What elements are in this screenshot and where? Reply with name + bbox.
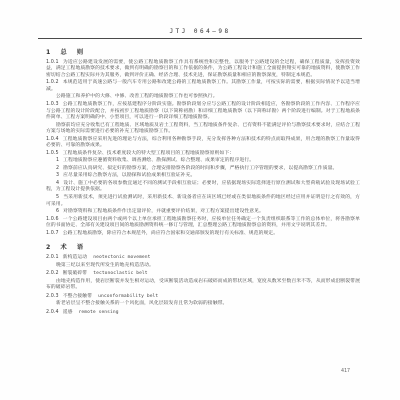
term-2-0-1-number: 2.0.1 bbox=[46, 255, 59, 260]
para-1-0-5-item-1: 1工程地质勘察应遵循资料收集、调查测绘、勘探测试、综合整理、成果审定的程序进行。 bbox=[46, 158, 360, 164]
item-2-number: 2 bbox=[56, 166, 59, 171]
para-1-0-7: 1.0.7公路工程地质勘察，除应符合本规范外，尚应符合国家和交通部颁发的现行有关… bbox=[46, 231, 360, 237]
para-1-0-5-item-3: 3应尽量采用综合勘察方法，以勘探和试验成果相互验证补充。 bbox=[46, 173, 360, 179]
para-1-0-2: 1.0.2本规范适用于高速公路与一般汽车专用公路和改建公路的工程地质勘察工作。其… bbox=[46, 80, 360, 93]
para-1-0-6-text: 一个公路建设项目由两个或两个以上单位承担工程地质勘察任务时，应按单位任务确定一个… bbox=[46, 217, 360, 228]
para-1-0-4-text: 工程地质勘察应采用先进的理论与方法，综合利用各种勘察手段，充分发挥各种方法和技术… bbox=[46, 137, 360, 148]
item-5-number: 5 bbox=[56, 195, 59, 200]
item-2-text: 勘察前应认真研究、拟定好的勘察方案，合理安排勘察各阶段的时间和步骤，严格执行工序… bbox=[63, 166, 337, 171]
document-page: JTJ 064—98 1 总 则 1.0.1为适应公路建设发展的需要，使公路工程… bbox=[0, 0, 400, 400]
doc-code-header: JTJ 064—98 bbox=[0, 0, 400, 35]
item-1-number: 1 bbox=[56, 158, 59, 163]
term-2-0-3-number: 2.0.3 bbox=[46, 294, 59, 299]
para-1-0-5: 1.0.5工程地质条件复杂、技术难度较大的特大型工程项目的工程地质勘察原则如下： bbox=[46, 151, 360, 157]
term-2-0-1-en: neotectonic movement bbox=[93, 255, 150, 260]
item-1-text: 工程地质勘察应遵循资料收集、调查测绘、勘探测试、综合整理、成果审定的程序进行。 bbox=[63, 158, 254, 163]
page-number: 417 bbox=[341, 368, 350, 374]
term-2-0-3-en: unconformability belt bbox=[98, 294, 158, 299]
para-1-0-2-number: 1.0.2 bbox=[46, 80, 59, 85]
para-1-0-4-number: 1.0.4 bbox=[46, 137, 59, 142]
para-1-0-5-item-2: 2勘察前应认真研究、拟定好的勘察方案，合理安排勘察各阶段的时间和步骤，严格执行工… bbox=[46, 166, 360, 172]
para-1-0-1-text: 为适应公路建设发展的需要，使公路工程地质勘察工作具有系统性和完整性，以服务于公路… bbox=[46, 60, 360, 78]
para-1-0-2-text: 本规范适用于高速公路与一般汽车专用公路和改建公路的工程地质勘察工作。其勘察工作量… bbox=[46, 80, 360, 91]
para-1-0-5-item-4: 4设计、施工中必要的各项参数宜通过不同的测试手段相互验证；必要时，应依据现场实际… bbox=[46, 181, 360, 194]
para-1-0-6: 1.0.6一个公路建设项目由两个或两个以上单位承担工程地质勘察任务时，应按单位任… bbox=[46, 217, 360, 230]
term-2-0-4-zh: 遥感 bbox=[63, 310, 73, 315]
term-2-0-2-number: 2.0.2 bbox=[46, 271, 59, 276]
item-6-text: 对勘察资料和工程地质条件作出定量评价，并就重要评价结果，对工程方案提出建设性意见… bbox=[63, 209, 264, 214]
header-rule bbox=[38, 38, 362, 39]
term-2-0-4-number: 2.0.4 bbox=[46, 310, 59, 315]
term-2-0-2-zh: 断裂破碎带 bbox=[63, 271, 88, 276]
item-6-number: 6 bbox=[56, 209, 59, 214]
term-2-0-1: 2.0.1新构造运动neotectonic movement bbox=[46, 255, 360, 261]
para-1-0-3: 1.0.3公路工程地质勘察工作，应按基建程序分阶段实施。勘察阶段划分应与公路工程… bbox=[46, 102, 360, 121]
section-2-title: 2 术 语 bbox=[46, 242, 360, 251]
term-2-0-2: 2.0.2断裂破碎带tectonoclastic belt bbox=[46, 271, 360, 277]
section-1-title: 1 总 则 bbox=[46, 47, 360, 56]
term-2-0-4-en: remote sensing bbox=[79, 310, 119, 315]
item-4-number: 4 bbox=[56, 181, 59, 186]
para-1-0-4: 1.0.4工程地质勘察应采用先进的理论与方法，综合利用各种勘察手段，充分发挥各种… bbox=[46, 137, 360, 150]
term-2-0-3: 2.0.3不整合接触带unconformability belt bbox=[46, 294, 360, 300]
item-3-number: 3 bbox=[56, 173, 59, 178]
para-1-0-2-note: 公路施工和养护中的大修、中修、改善工程的地质勘察工作也可参照执行。 bbox=[46, 94, 360, 100]
para-1-0-5-item-5: 5当采用新技术，须先进行试验测试时，采用新技术、新设备者应在该区域已经或在类似地… bbox=[46, 195, 360, 208]
para-1-0-5-item-6: 6对勘察资料和工程地质条件作出定量评价，并就重要评价结果，对工程方案提出建设性意… bbox=[46, 209, 360, 215]
para-1-0-6-number: 1.0.6 bbox=[46, 217, 59, 222]
term-2-0-4: 2.0.4遥感remote sensing bbox=[46, 310, 360, 316]
term-2-0-2-def: 由地壳构造作用，使岩层断裂并发生相对运动，受该断裂活动造成岩石破碎而成的带状区域… bbox=[46, 279, 360, 292]
para-1-0-3-text: 公路工程地质勘察工作，应按基建程序分阶段实施。勘察阶段划分应与公路工程的设计阶段… bbox=[46, 102, 360, 120]
term-2-0-3-zh: 不整合接触带 bbox=[63, 294, 92, 299]
para-1-0-1: 1.0.1为适应公路建设发展的需要，使公路工程地质勘察工作具有系统性和完整性，以… bbox=[46, 60, 360, 79]
para-1-0-5-number: 1.0.5 bbox=[46, 151, 59, 156]
item-4-text: 设计、施工中必要的各项参数宜通过不同的测试手段相互验证；必要时，应依据现场实际选… bbox=[46, 181, 360, 192]
para-1-0-3-number: 1.0.3 bbox=[46, 102, 59, 107]
document-content: 1 总 则 1.0.1为适应公路建设发展的需要，使公路工程地质勘察工作具有系统性… bbox=[46, 47, 360, 316]
item-5-text: 当采用新技术，须先进行试验测试时，采用新技术、新设备者应在该区域已经或在类似地质… bbox=[46, 195, 360, 206]
para-1-0-3-note: 勘察前均应充分收集已有工程地质、区域地质及岩土工程资料，当工程地质条件复杂、已有… bbox=[46, 123, 360, 136]
term-2-0-1-def: 晚第三纪以来至现代所发生的地壳构造活动。 bbox=[46, 263, 360, 269]
term-2-0-1-zh: 新构造运动 bbox=[63, 255, 88, 260]
para-1-0-5-text: 工程地质条件复杂、技术难度较大的特大型工程项目的工程地质勘察原则如下： bbox=[63, 151, 234, 156]
item-3-text: 应尽量采用综合勘察方法，以勘探和试验成果相互验证补充。 bbox=[63, 173, 195, 178]
para-1-0-7-number: 1.0.7 bbox=[46, 231, 59, 236]
term-2-0-2-en: tectonoclastic belt bbox=[93, 271, 147, 276]
term-2-0-3-def: 新老岩层呈不整合接触关系的一个风化面，风化层较发育且常为软弱的接触带。 bbox=[46, 301, 360, 307]
para-1-0-1-number: 1.0.1 bbox=[46, 60, 59, 65]
para-1-0-7-text: 公路工程地质勘察，除应符合本规范外，尚应符合国家和交通部颁发的现行有关标准、规范… bbox=[63, 231, 278, 236]
